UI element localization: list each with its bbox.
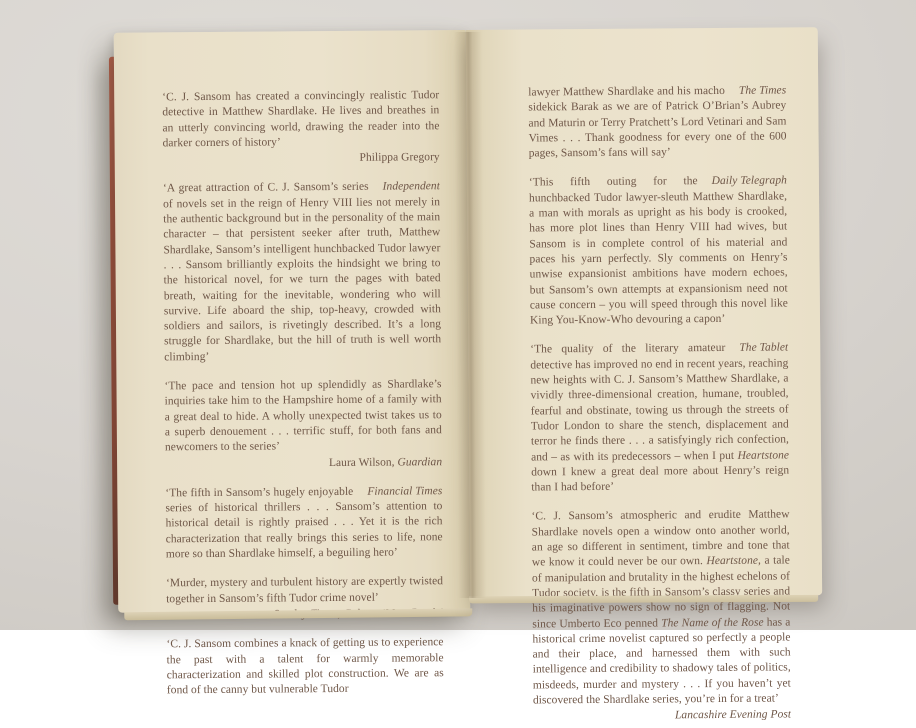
review-quote: The Tablet‘The quality of the literary a… xyxy=(530,341,789,496)
publication-name: The Name of the Rose xyxy=(661,616,764,629)
publication-name: The Times xyxy=(739,84,786,96)
review-quote: ‘C. J. Sansom has created a convincingly… xyxy=(162,88,440,168)
review-quote: Independent‘A great attraction of C. J. … xyxy=(163,180,441,366)
publication-name: Heartstone xyxy=(737,449,789,461)
quote-fragment: ‘Murder, mystery and turbulent history a… xyxy=(166,575,443,604)
open-book: ‘C. J. Sansom has created a convincingly… xyxy=(102,27,823,617)
quote-attribution: Daily Telegraph xyxy=(698,174,787,190)
quote-attribution: Laura Wilson, Guardian xyxy=(165,454,442,472)
left-page-text: ‘C. J. Sansom has created a convincingly… xyxy=(162,88,443,576)
review-quote: Financial Times‘The fifth in Sansom’s hu… xyxy=(165,484,443,563)
quote-fragment: down I knew a great deal more about Henr… xyxy=(531,464,789,493)
review-quote: The Timeslawyer Matthew Shardlake and hi… xyxy=(528,83,787,162)
left-page: ‘C. J. Sansom has created a convincingly… xyxy=(114,30,471,613)
quote-fragment: ‘The quality of the literary amateur det… xyxy=(530,342,789,463)
quote-attribution: The Tablet xyxy=(725,341,788,357)
publication-name: Guardian xyxy=(397,456,442,468)
quote-fragment: ‘The pace and tension hot up splendidly … xyxy=(164,378,441,453)
quote-fragment: ‘A great attraction of C. J. Sansom’s se… xyxy=(163,181,441,363)
quote-attribution: Philippa Gregory xyxy=(163,149,440,167)
quote-attribution: Sunday Times, Culture ‘Must Reads’ xyxy=(166,605,443,623)
publication-name: Heartstone xyxy=(706,555,758,567)
review-quote: ‘The pace and tension hot up splendidly … xyxy=(164,377,442,472)
review-quote: Daily Telegraph‘This fifth outing for th… xyxy=(529,174,788,329)
right-page-text: The Timeslawyer Matthew Shardlake and hi… xyxy=(528,83,790,561)
quote-attribution: Financial Times xyxy=(353,484,442,500)
publication-name: Financial Times xyxy=(367,485,442,498)
right-page: The Timeslawyer Matthew Shardlake and hi… xyxy=(466,27,822,598)
publication-name: Sunday Times, Culture ‘Must Reads’ xyxy=(273,607,443,620)
publication-name: The Tablet xyxy=(739,342,788,354)
page-spread: ‘C. J. Sansom has created a convincingly… xyxy=(114,27,823,617)
publication-name: Daily Telegraph xyxy=(712,175,787,188)
review-quote: ‘C. J. Sansom’s atmospheric and erudite … xyxy=(531,508,791,630)
quote-fragment: ‘C. J. Sansom has created a convincingly… xyxy=(162,89,439,149)
quote-attribution: Independent xyxy=(369,180,440,196)
publication-name: Independent xyxy=(383,181,440,193)
quote-fragment: ‘This fifth outing for the hunchbacked T… xyxy=(529,176,788,327)
review-quote: ‘Murder, mystery and turbulent history a… xyxy=(166,574,443,623)
quote-fragment: Philippa Gregory xyxy=(359,151,439,164)
quote-attribution: The Times xyxy=(725,83,786,99)
quote-fragment: Laura Wilson, xyxy=(329,456,398,469)
photo-background: ‘C. J. Sansom has created a convincingly… xyxy=(0,0,916,630)
